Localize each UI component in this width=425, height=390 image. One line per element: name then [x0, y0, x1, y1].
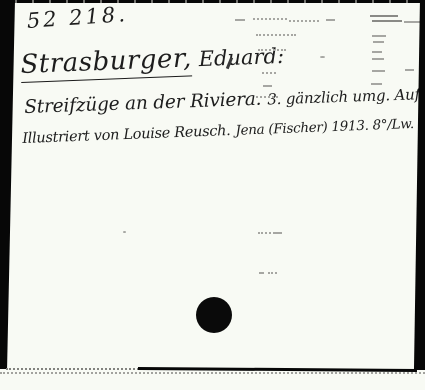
- bleedthrough-mark: [256, 34, 296, 36]
- author-heading: Strasburger,Eduard:: [20, 40, 285, 80]
- bleedthrough-mark: [235, 19, 245, 21]
- bleedthrough-mark: [123, 231, 126, 233]
- bleedthrough-mark: [320, 56, 325, 58]
- bleedthrough-mark: [263, 85, 272, 87]
- bleedthrough-mark: [256, 96, 278, 98]
- scan-edge-top: [0, 0, 425, 3]
- title-line: Streifzüge an der Riviera.3. gänzlich um…: [24, 83, 425, 118]
- imprint-line: Illustriert von Louise Reusch.Jena (Fisc…: [22, 116, 414, 147]
- catalog-card-scan: 52 218. Strasburger,Eduard: Streifzüge a…: [0, 0, 425, 390]
- illustration-note: Illustriert von Louise Reusch.: [22, 123, 231, 147]
- book-title: Streifzüge an der Riviera.: [24, 89, 262, 118]
- author-surname: Strasburger,: [20, 43, 192, 83]
- call-number: 52 218.: [26, 2, 129, 33]
- bleedthrough-mark: [372, 20, 402, 22]
- bleedthrough-mark: [289, 20, 319, 22]
- bleedthrough-mark: [253, 18, 287, 20]
- scan-edge-right: [413, 0, 425, 370]
- scan-edge-bottom-dotted: [0, 372, 425, 374]
- bleedthrough-mark: [326, 19, 335, 21]
- scan-edge-bottom-dotted-left: [6, 368, 142, 370]
- bleedthrough-mark: [259, 272, 264, 274]
- bleedthrough-mark: [373, 41, 384, 43]
- author-forename: Eduard:: [198, 44, 284, 71]
- bleedthrough-mark: [372, 70, 385, 72]
- bleedthrough-mark: [262, 72, 276, 74]
- bleedthrough-mark: [372, 51, 382, 53]
- scan-edge-left: [0, 0, 15, 369]
- bleedthrough-mark: [370, 15, 398, 17]
- bleedthrough-mark: [405, 69, 414, 71]
- bleedthrough-mark: [258, 49, 286, 51]
- bleedthrough-mark: [404, 21, 422, 23]
- bleedthrough-mark: [273, 232, 281, 234]
- bleedthrough-mark: [268, 272, 277, 274]
- punch-hole: [196, 297, 232, 333]
- bleedthrough-mark: [371, 83, 382, 85]
- bleedthrough-mark: [372, 58, 384, 60]
- publication-note: Jena (Fischer) 1913. 8°/Lw.: [235, 116, 414, 139]
- edition-note: 3. gänzlich umg. Aufl.: [267, 85, 425, 109]
- bleedthrough-mark: [372, 35, 386, 37]
